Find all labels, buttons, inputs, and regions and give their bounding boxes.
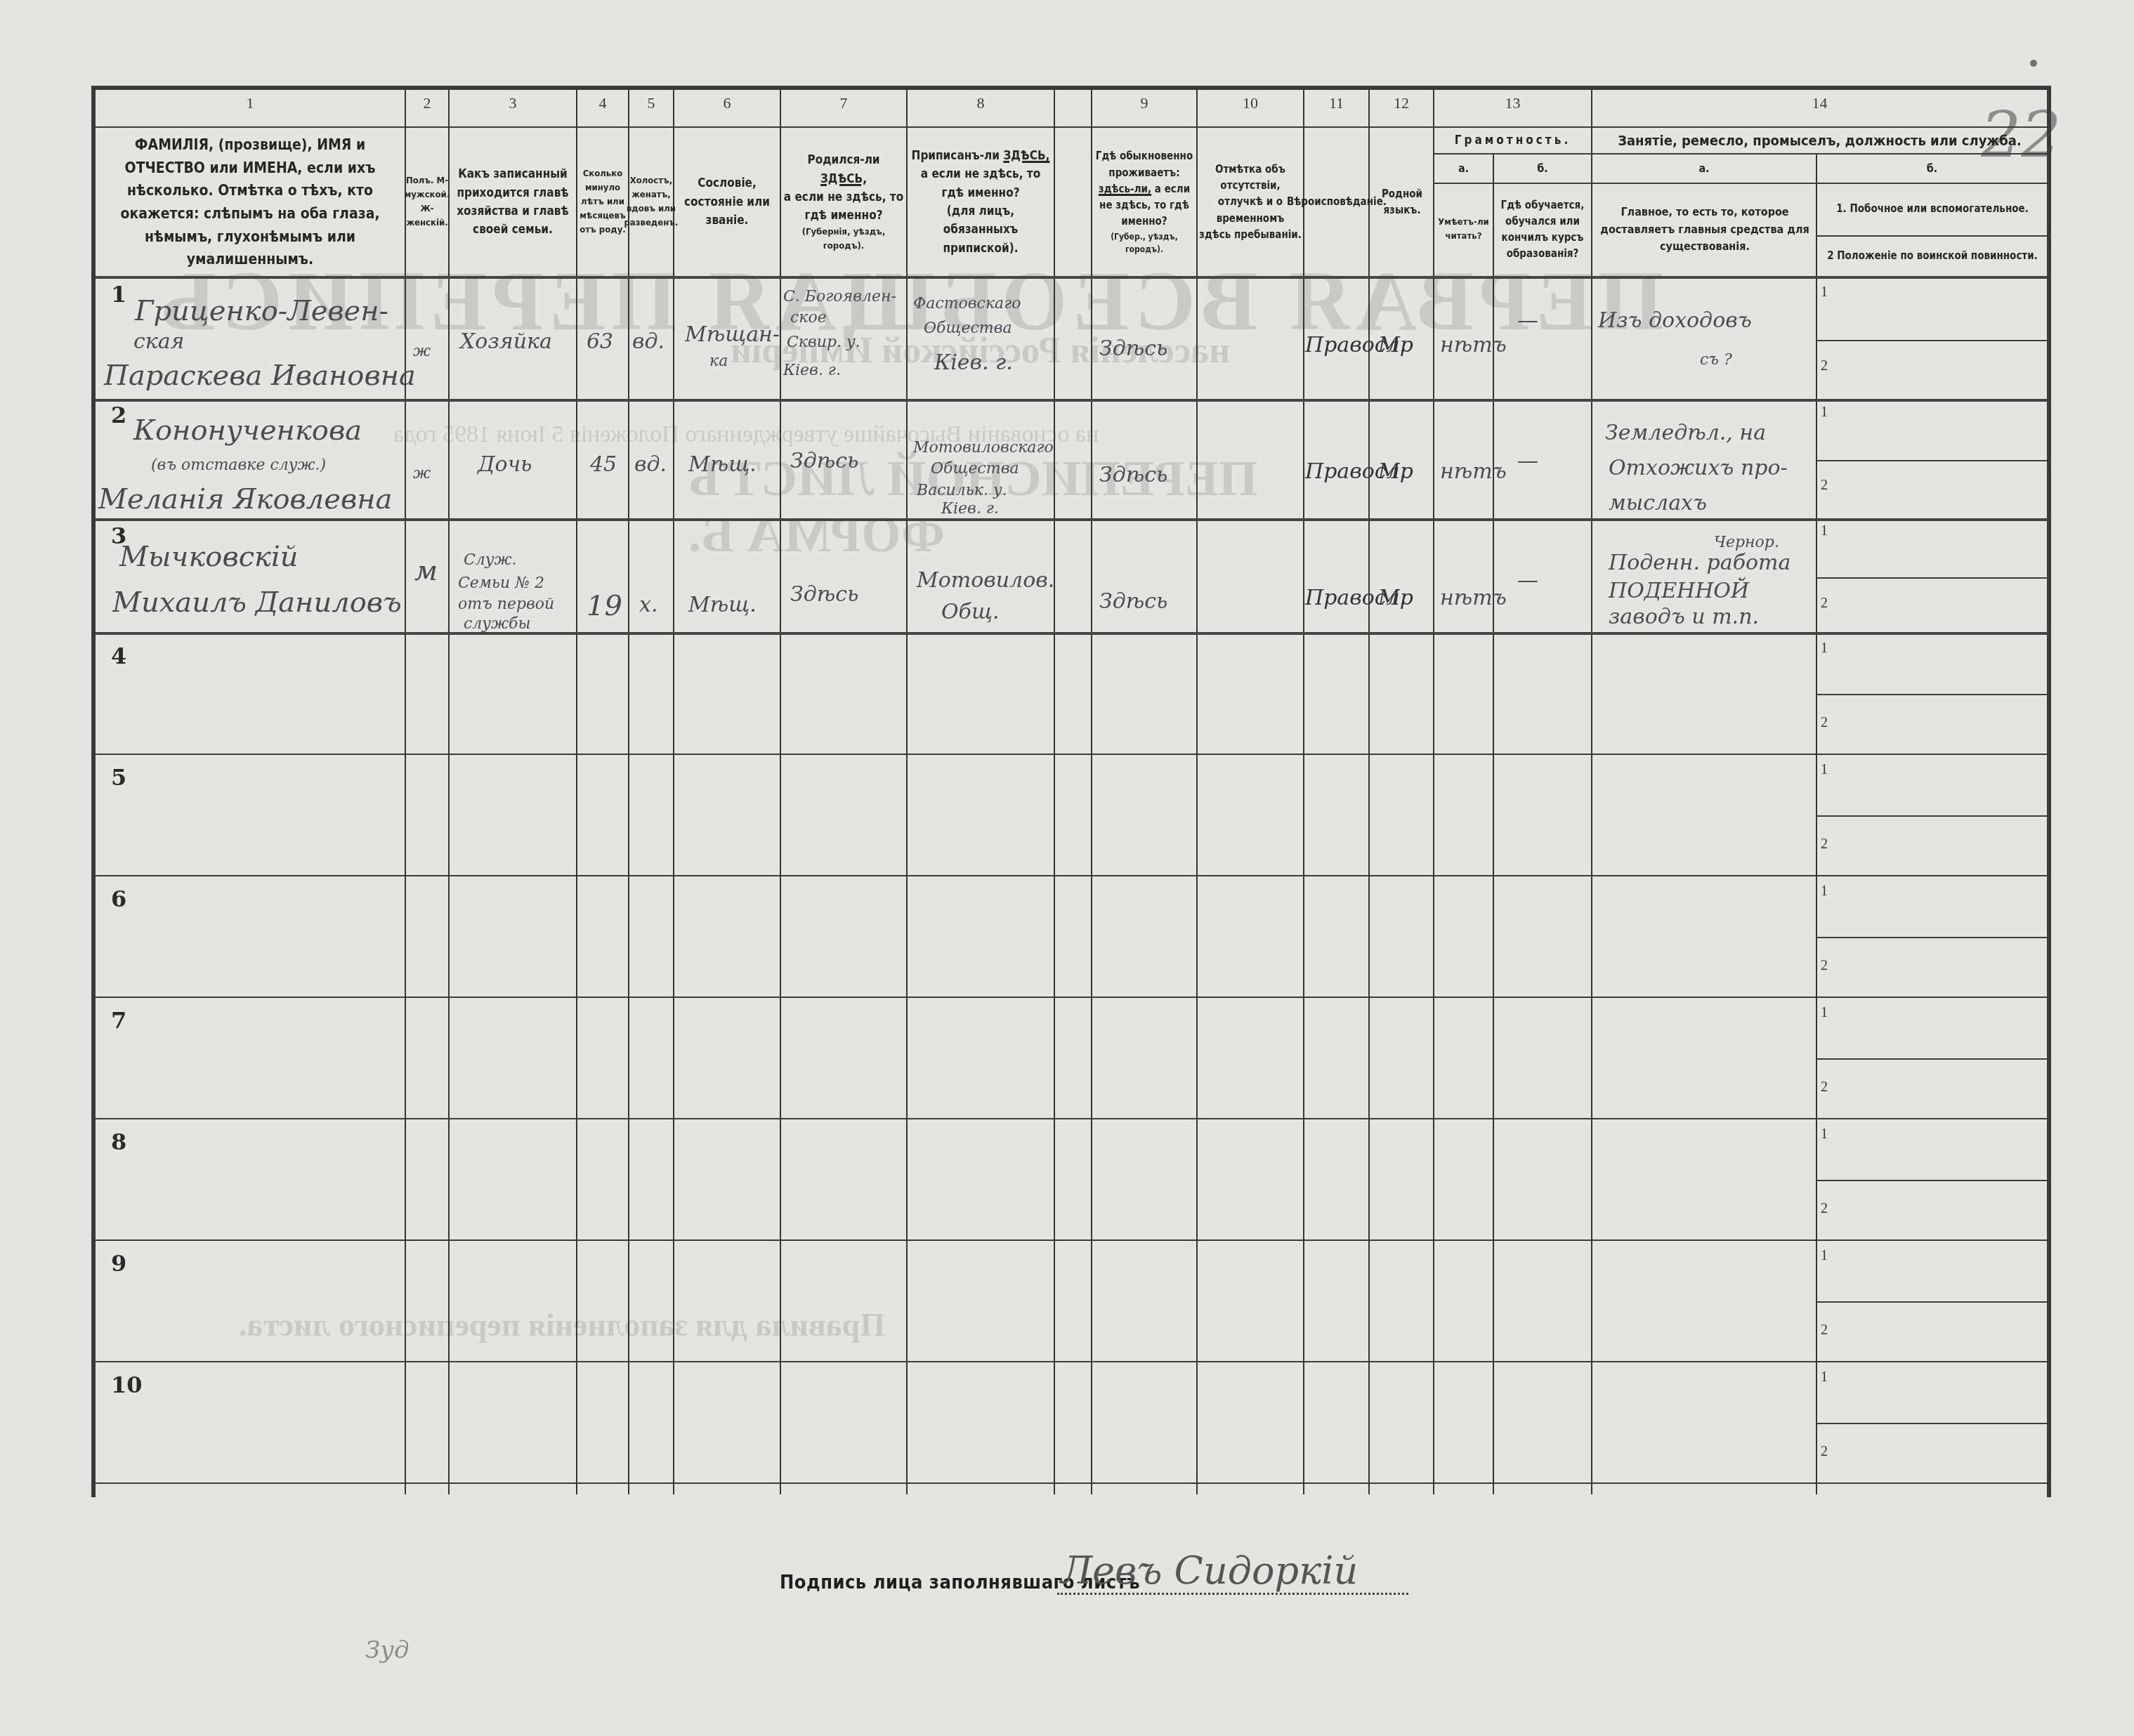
signature: Левъ Сидоркій: [1061, 1548, 1358, 1593]
header-col-7-note: (Губернія, уѣздъ, городъ).: [783, 225, 905, 254]
header-col-7: Родился-ли ЗДѢСЬ, а если не здѣсь, то гд…: [783, 129, 905, 275]
row2-registered-1: Мотовиловскаго: [913, 439, 1054, 456]
subrow-1: 1: [1821, 1369, 1828, 1386]
subrow-rule: [1816, 1423, 2047, 1424]
subrow-1: 1: [1821, 640, 1828, 657]
row-rule: [96, 399, 2047, 402]
col-divider: [673, 90, 674, 1494]
row-number-1: 1: [111, 281, 126, 308]
colnum-4: 4: [577, 94, 628, 122]
row-number-8: 8: [111, 1129, 126, 1155]
colnum-5: 5: [629, 94, 673, 122]
row3-language: Мр: [1378, 586, 1413, 611]
row3-marital: х.: [639, 593, 657, 618]
col-divider: [906, 90, 908, 1494]
header-col-14: Занятіе, ремесло, промыселъ, должность и…: [1592, 128, 2047, 153]
row-rule: [96, 754, 2047, 755]
row3-relation-3: отъ первой: [458, 596, 554, 613]
header-col-9-note: (Губер., уѣздъ, городъ).: [1094, 230, 1195, 256]
row2-occupation-1: Земледѣл., на: [1605, 421, 1766, 446]
header-col-8-note: (для лицъ, обязанныхъ припиской).: [909, 202, 1052, 258]
subrow-1: 1: [1821, 762, 1828, 778]
subrow-1: 1: [1821, 1248, 1828, 1264]
row1-registered-1: Фастовскаго: [913, 295, 1021, 313]
row1-name-line2: ская: [133, 330, 184, 355]
row-number-2: 2: [111, 402, 126, 428]
header-col-8-lead: Приписанъ-ли: [912, 149, 1000, 163]
colnum-8: 8: [908, 94, 1054, 122]
header-col-11: Вѣроисповѣданіе.: [1306, 129, 1368, 275]
colnum-12: 12: [1370, 94, 1433, 122]
row-rule: [96, 1361, 2047, 1362]
row2-sex: ж: [413, 465, 431, 482]
header-col-5: Холостъ, женатъ, вдовъ или разведенъ.: [629, 129, 673, 275]
header-col-14b1: 1. Побочное или вспомогательное.: [1819, 184, 2045, 235]
subrow-2: 2: [1821, 1201, 1828, 1217]
row1-registered-3: Кіев. г.: [934, 351, 1013, 376]
row2-marital: вд.: [634, 453, 667, 478]
row2-literate: нѣтъ: [1440, 460, 1507, 485]
header-col-9-here: здѣсь-ли,: [1099, 183, 1151, 195]
header-col-9: Гдѣ обыкновенно проживаетъ: здѣсь-ли, а …: [1094, 129, 1195, 275]
row3-residence: Здѣсь: [1099, 590, 1167, 614]
col-divider: [1433, 90, 1434, 1494]
row3-registered-1: Мотовилов.: [917, 569, 1054, 593]
subrow-2: 2: [1821, 1444, 1828, 1460]
row3-born: Здѣсь: [790, 583, 858, 607]
row2-relation: Дочь: [478, 453, 532, 478]
subrow-1: 1: [1821, 523, 1828, 539]
colnum-10: 10: [1198, 94, 1303, 122]
row3-relation-1: Служ.: [464, 551, 517, 569]
row2-name-line2: (въ отставке служ.): [151, 456, 326, 474]
row1-relation: Хозяйка: [460, 330, 552, 355]
signature-line: [1057, 1593, 1408, 1595]
subrow-rule: [1816, 815, 2047, 817]
row1-occupation-2: съ ?: [1700, 351, 1732, 369]
pencil-note: Зуд: [365, 1636, 409, 1664]
header-col-4: Сколько минуло лѣтъ или мѣсяцевъ отъ род…: [577, 129, 628, 275]
subrow-2: 2: [1821, 836, 1828, 853]
col-divider: [576, 90, 577, 1494]
subrow-2: 2: [1821, 478, 1828, 494]
col-divider: [1368, 90, 1370, 1494]
row2-age: 45: [590, 453, 617, 478]
row2-occupation-3: мыслахъ: [1609, 492, 1707, 516]
row1-born-3: Сквир. у.: [787, 334, 860, 351]
row2-residence: Здѣсь: [1099, 463, 1167, 488]
row-number-7: 7: [111, 1007, 126, 1034]
header-col-7-lead: Родился-ли: [807, 153, 879, 167]
row3-education: —: [1517, 569, 1538, 593]
header-col-14b-label: б.: [1817, 154, 2047, 183]
row1-born-2: ское: [790, 309, 827, 327]
col-divider: [1303, 90, 1304, 1494]
header-col-14b2: 2 Положеніе по воинской повинности.: [1819, 237, 2045, 276]
colnum-1: 1: [96, 94, 405, 122]
row3-estate: Мѣщ.: [688, 593, 757, 618]
col-divider: [1054, 90, 1055, 1494]
subrow-rule: [1816, 1301, 2047, 1303]
row3-age: 19: [587, 590, 622, 622]
col-divider: [1591, 90, 1592, 1494]
subrow-1: 1: [1821, 405, 1828, 421]
row1-marital: вд.: [632, 330, 665, 355]
row-rule: [96, 632, 2047, 635]
header-col-13b: Гдѣ обучается, обучался или кончилъ курс…: [1494, 184, 1591, 275]
header-col-9-lead: Гдѣ обыкновенно проживаетъ:: [1094, 148, 1195, 181]
row1-born-4: Кіев. г.: [783, 362, 841, 379]
header-col-3: Какъ записанный приходится главѣ хозяйст…: [451, 129, 575, 275]
header-col-8-here: ЗДѢСЬ,: [1003, 149, 1049, 163]
subrow-rule: [1816, 1180, 2047, 1181]
row2-name-line3: Меланія Яковлевна: [98, 483, 392, 515]
subrow-2: 2: [1821, 358, 1828, 374]
row2-registered-2: Общества: [931, 460, 1019, 478]
row3-relation-2: Семьи № 2: [458, 574, 544, 592]
col-divider: [628, 90, 629, 1494]
row-number-6: 6: [111, 886, 126, 912]
row1-language: Мр: [1378, 334, 1413, 358]
subrow-2: 2: [1821, 715, 1828, 731]
row1-name-line3: Параскева Ивановна: [104, 360, 416, 392]
row1-education: —: [1517, 309, 1538, 334]
header-col-7-here: ЗДѢСЬ,: [820, 172, 867, 186]
row2-born: Здѣсь: [790, 449, 858, 474]
row-rule: [96, 1118, 2047, 1119]
row1-estate-2: ка: [709, 353, 728, 370]
row1-name-line1: Гриценко-Левен-: [135, 295, 388, 327]
header-col-14a-label: а.: [1592, 154, 1816, 183]
header-col-14a: Главное, то есть то, которое доставляетъ…: [1596, 184, 1814, 275]
subrow-2: 2: [1821, 958, 1828, 974]
col-divider: [780, 90, 781, 1494]
row3-occupation-4: заводъ и т.п.: [1609, 605, 1759, 630]
subrow-rule: [1816, 340, 2047, 341]
subrow-rule: [1816, 460, 2047, 461]
row3-registered-2: Общ.: [941, 600, 999, 625]
subrow-rule: [1816, 577, 2047, 579]
row3-relation-4: службы: [464, 615, 530, 633]
subrow-1: 1: [1821, 1005, 1828, 1021]
row-number-10: 10: [111, 1372, 143, 1398]
row3-sex: м: [414, 555, 438, 587]
colnum-7: 7: [781, 94, 906, 122]
subrow-2: 2: [1821, 596, 1828, 612]
row-rule: [96, 997, 2047, 998]
ink-dot: [2030, 60, 2037, 67]
subrow-1: 1: [1821, 284, 1828, 301]
row3-occupation-2: Поденн. работа: [1609, 551, 1791, 576]
row-number-4: 4: [111, 643, 126, 669]
row1-residence: Здѣсь: [1099, 337, 1167, 362]
row-rule: [96, 518, 2047, 521]
subrow-2: 2: [1821, 1322, 1828, 1339]
header-col-13b-label: б.: [1494, 154, 1591, 183]
header-col-13: Грамотность.: [1434, 128, 1591, 153]
colnum-9: 9: [1092, 94, 1196, 122]
row1-estate-1: Мѣщан-: [685, 323, 780, 348]
subrow-2: 2: [1821, 1079, 1828, 1096]
header-col-12: Родной языкъ.: [1371, 129, 1433, 275]
row3-occupation-1: Чернор.: [1714, 534, 1779, 551]
row-number-9: 9: [111, 1250, 126, 1277]
col-divider: [448, 90, 450, 1494]
subrow-1: 1: [1821, 1126, 1828, 1143]
row1-literate: нѣтъ: [1440, 334, 1507, 358]
row2-occupation-2: Отхожихъ про-: [1609, 456, 1788, 481]
row1-registered-2: Общества: [924, 320, 1012, 337]
header-col-2: Полъ. М-мужской. Ж-женскій.: [406, 129, 448, 275]
header-col-13a-label: а.: [1434, 154, 1493, 183]
row3-name-line1: Мычковскій: [119, 541, 299, 573]
subrow-1: 1: [1821, 883, 1828, 900]
row-rule: [96, 875, 2047, 876]
row2-language: Мр: [1378, 460, 1413, 485]
row2-estate: Мѣщ.: [688, 453, 757, 478]
col-divider-14b: [1816, 154, 1817, 1494]
row1-sex: ж: [413, 343, 431, 360]
row3-literate: нѣтъ: [1440, 586, 1507, 611]
row-rule: [96, 1239, 2047, 1241]
colnum-14: 14: [1592, 94, 2047, 122]
header-col-8: Приписанъ-ли ЗДѢСЬ, а если не здѣсь, то …: [909, 129, 1052, 275]
header-col-1: ФАМИЛІЯ, (прозвище), ИМЯ и ОТЧЕСТВО или …: [98, 129, 402, 275]
col-divider: [1196, 90, 1198, 1494]
row1-born-1: С. Богоявлен-: [783, 288, 896, 305]
colnum-11: 11: [1304, 94, 1368, 122]
colnum-6: 6: [674, 94, 780, 122]
row2-name-line1: Кононученкова: [133, 414, 362, 447]
row-rule: [96, 1482, 2047, 1484]
row1-age: 63: [587, 330, 613, 355]
subrow-rule: [1816, 694, 2047, 695]
subrow-rule: [1816, 937, 2047, 938]
header-col-8-question: а если не здѣсь, то гдѣ именно?: [909, 165, 1052, 202]
header-col-7-question: а если не здѣсь, то гдѣ именно?: [783, 188, 905, 225]
header-col-13a: Умѣетъ-ли читать?: [1434, 184, 1493, 275]
row1-occupation-1: Изъ доходовъ: [1598, 309, 1752, 334]
subrow-rule: [1816, 1058, 2047, 1060]
row2-education: —: [1517, 449, 1538, 474]
colnum-13: 13: [1434, 94, 1591, 122]
colnum-2: 2: [406, 94, 448, 122]
col-divider: [1091, 90, 1092, 1494]
row2-registered-3: Васильк. у.: [917, 482, 1007, 499]
col-divider: [405, 90, 406, 1494]
row3-occupation-3: ПОДЕННОЙ: [1609, 579, 1749, 604]
row3-name-line2: Михаилъ Даниловъ: [112, 586, 402, 619]
header-col-6: Сословіе, состояніе или званіе.: [676, 129, 778, 275]
row2-registered-4: Кіев. г.: [941, 500, 999, 518]
header-bottom-rule: [96, 276, 2047, 279]
row-number-5: 5: [111, 764, 126, 791]
colnum-3: 3: [450, 94, 576, 122]
